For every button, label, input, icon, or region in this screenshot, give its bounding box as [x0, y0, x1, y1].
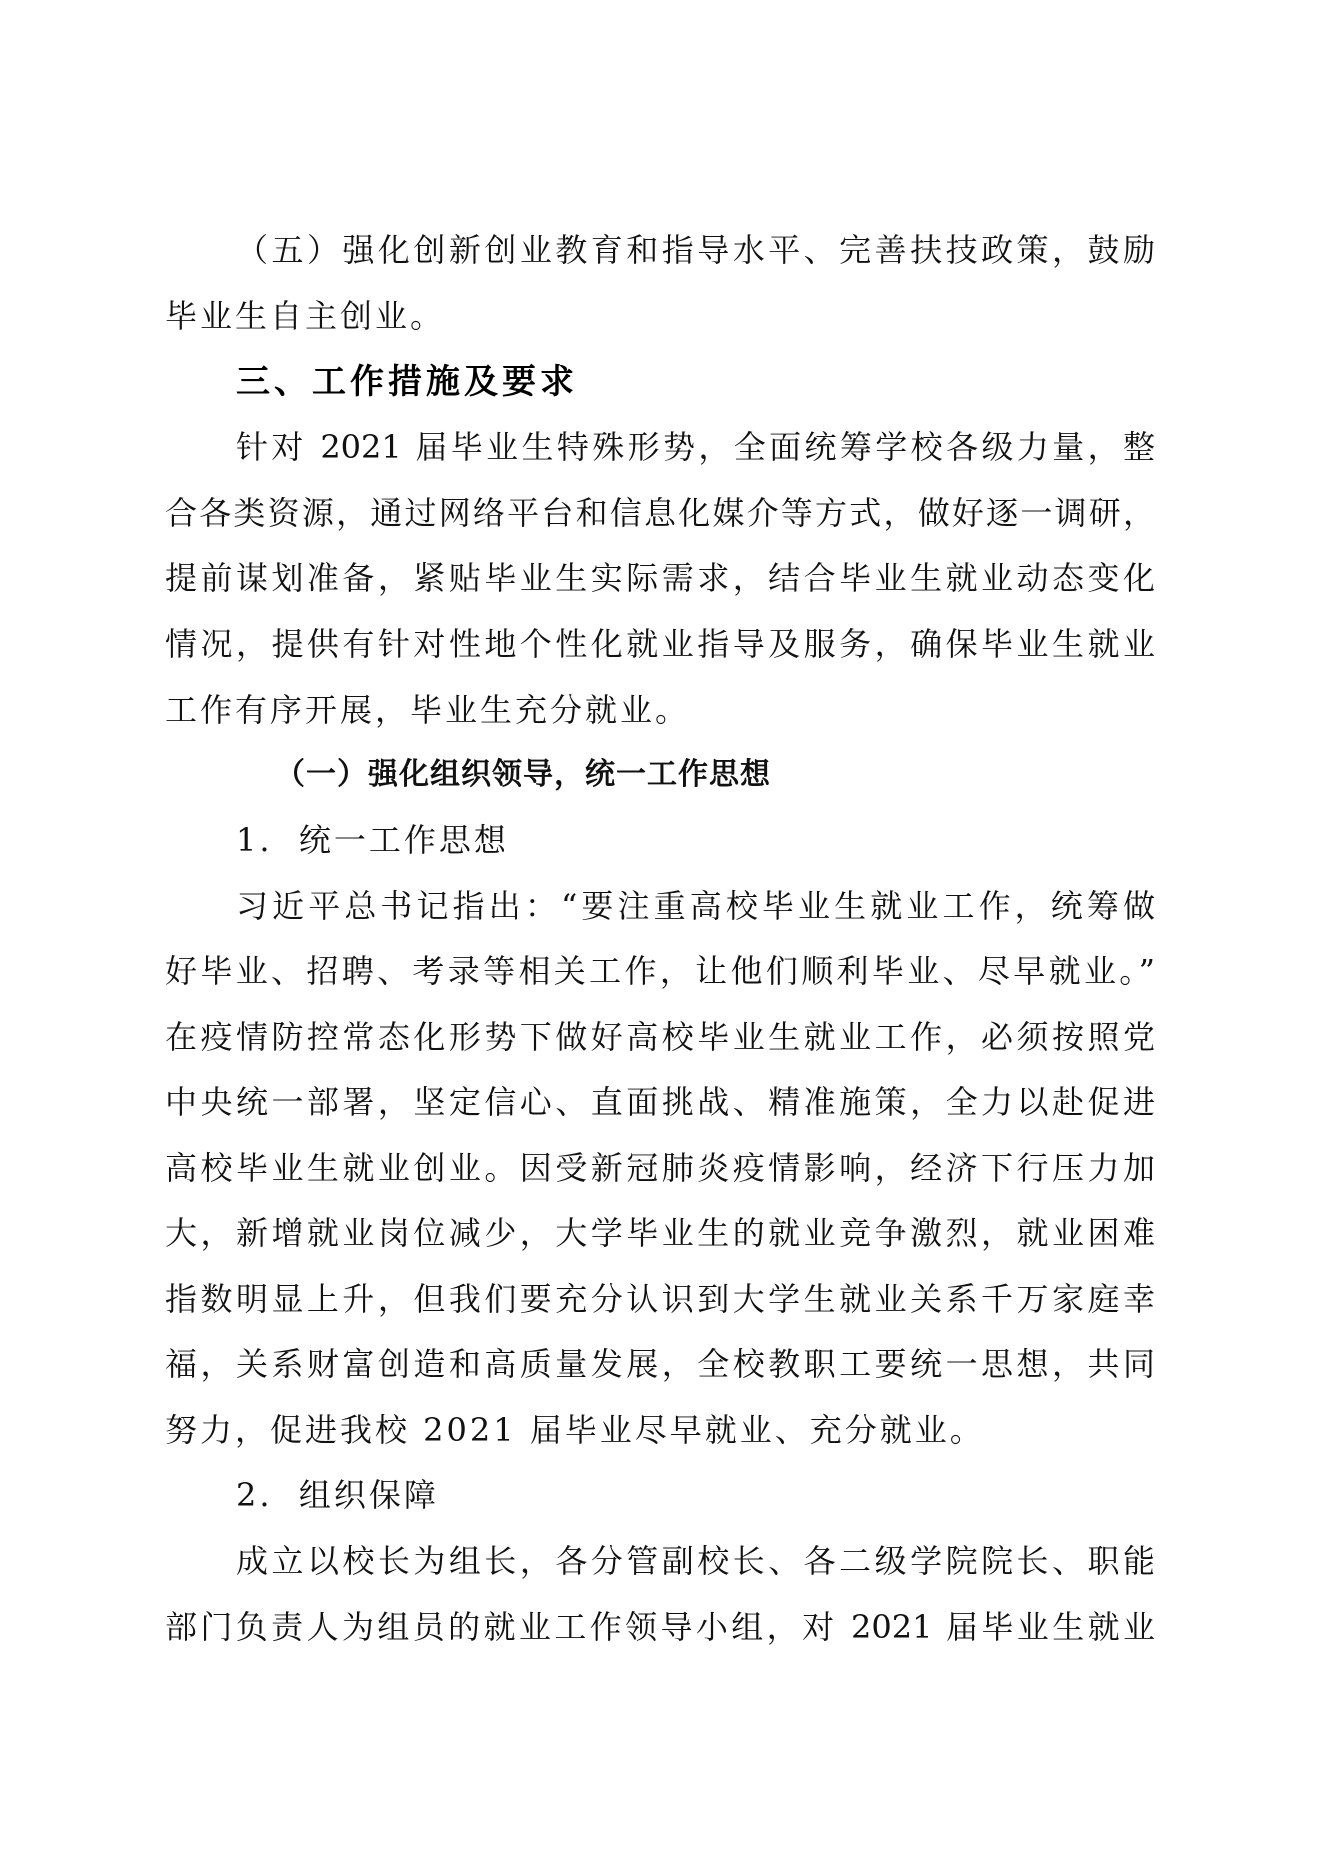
body-paragraph-2-line-6: 大，新增就业岗位减少，大学毕业生的就业竞争激烈，就业困难 — [165, 1211, 1155, 1255]
document-page: （五）强化创新创业教育和指导水平、完善扶技政策，鼓励 毕业生自主创业。 三、工作… — [0, 0, 1323, 1871]
body-paragraph-1-line-4: 情况，提供有针对性地个性化就业指导及服务，确保毕业生就业 — [165, 622, 1155, 666]
body-paragraph-1-line-1: 针对 2021 届毕业生特殊形势，全面统筹学校各级力量，整 — [236, 425, 1155, 469]
body-paragraph-1-line-2: 合各类资源，通过网络平台和信息化媒介等方式，做好逐一调研， — [165, 491, 1155, 535]
body-paragraph-3-line-1: 成立以校长为组长，各分管副校长、各二级学院院长、职能 — [236, 1539, 1155, 1583]
body-paragraph-2-line-2: 好毕业、招聘、考录等相关工作，让他们顺利毕业、尽早就业。” — [165, 949, 1155, 993]
body-paragraph-1-line-5: 工作有序开展，毕业生充分就业。 — [165, 688, 690, 732]
item-five-line-2: 毕业生自主创业。 — [165, 294, 445, 338]
body-paragraph-2-line-3: 在疫情防控常态化形势下做好高校毕业生就业工作，必须按照党 — [165, 1015, 1155, 1059]
body-paragraph-2-line-1: 习近平总书记指出：“要注重高校毕业生就业工作，统筹做 — [236, 884, 1155, 928]
body-paragraph-2-line-4: 中央统一部署，坚定信心、直面挑战、精准施策，全力以赴促进 — [165, 1080, 1155, 1124]
body-paragraph-2-line-9: 努力，促进我校 2021 届毕业尽早就业、充分就业。 — [165, 1408, 985, 1452]
subsection-heading: （一）强化组织领导，统一工作思想 — [275, 753, 771, 797]
body-paragraph-3-line-2: 部门负责人为组员的就业工作领导小组，对 2021 届毕业生就业 — [165, 1605, 1155, 1649]
item-five-line-1: （五）强化创新创业教育和指导水平、完善扶技政策，鼓励 — [236, 228, 1155, 272]
body-paragraph-2-line-8: 福，关系财富创造和高质量发展，全校教职工要统一思想，共同 — [165, 1342, 1155, 1386]
section-heading: 三、工作措施及要求 — [236, 360, 578, 404]
numbered-heading-2: 2. 组织保障 — [236, 1473, 439, 1517]
numbered-heading-1: 1. 统一工作思想 — [236, 818, 509, 862]
body-paragraph-2-line-7: 指数明显上升，但我们要充分认识到大学生就业关系千万家庭幸 — [165, 1277, 1155, 1321]
body-paragraph-2-line-5: 高校毕业生就业创业。因受新冠肺炎疫情影响，经济下行压力加 — [165, 1146, 1155, 1190]
body-paragraph-1-line-3: 提前谋划准备，紧贴毕业生实际需求，结合毕业生就业动态变化 — [165, 556, 1155, 600]
